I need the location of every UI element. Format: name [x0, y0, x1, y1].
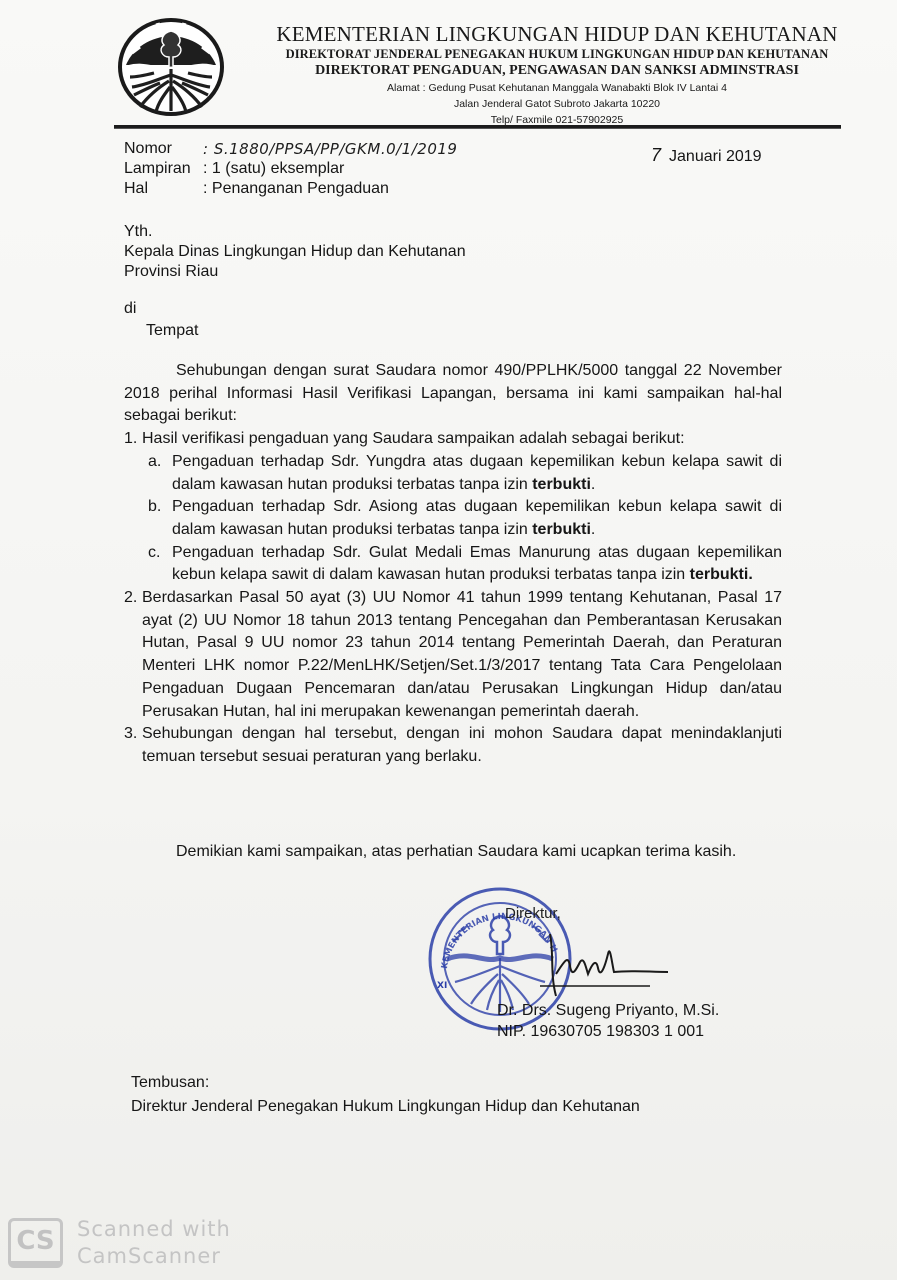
point-number: 3.: [124, 723, 137, 746]
point-item: 3. Sehubungan dengan hal tersebut, denga…: [124, 723, 782, 768]
sub-point-item: b.Pengaduan terhadap Sdr. Asiong atas du…: [148, 496, 782, 541]
sub-point-letter: c.: [148, 542, 160, 565]
closing-sentence: Demikian kami sampaikan, atas perhatian …: [176, 843, 736, 861]
di-label: di: [124, 298, 198, 320]
point-text: Berdasarkan Pasal 50 ayat (3) UU Nomor 4…: [142, 589, 782, 720]
signatory-title: Direktur,: [505, 905, 561, 922]
nomor-value: : S.1880/PPSA/PP/GKM.0/1/2019: [203, 139, 457, 159]
salutation: Yth.: [124, 222, 466, 242]
recipient-place: di Tempat: [124, 298, 198, 342]
letterhead-divider: [114, 125, 841, 129]
nomor-label: Nomor: [124, 139, 203, 159]
letter-meta: Nomor : S.1880/PPSA/PP/GKM.0/1/2019 Lamp…: [124, 139, 457, 199]
recipient-line-2: Provinsi Riau: [124, 262, 466, 282]
point-item: 1. Hasil verifikasi pengaduan yang Sauda…: [124, 428, 782, 587]
verdict: terbukti.: [690, 566, 753, 583]
tempat-label: Tempat: [124, 320, 198, 342]
date-day: 7: [651, 145, 661, 165]
carbon-copy: Tembusan: Direktur Jenderal Penegakan Hu…: [131, 1071, 640, 1119]
letter-date: 7Januari 2019: [651, 145, 762, 166]
point-number: 1.: [124, 428, 137, 451]
lampiran-label: Lampiran: [124, 159, 203, 179]
sub-point-text: Pengaduan terhadap Sdr. Asiong atas duga…: [172, 498, 782, 538]
recipient-line-1: Kepala Dinas Lingkungan Hidup dan Kehuta…: [124, 242, 466, 262]
svg-text:XI: XI: [437, 981, 447, 991]
directorate: DIREKTORAT PENGADUAN, PENGAWASAN DAN SAN…: [232, 62, 882, 80]
points-list: 1. Hasil verifikasi pengaduan yang Sauda…: [124, 428, 782, 769]
cc-recipient: Direktur Jenderal Penegakan Hukum Lingku…: [131, 1095, 640, 1119]
directorate-general: DIREKTORAT JENDERAL PENEGAKAN HUKUM LING…: [232, 46, 882, 62]
address-line-1: Alamat : Gedung Pusat Kehutanan Manggala…: [232, 80, 882, 96]
camscanner-watermark: CS Scanned with CamScanner: [8, 1216, 231, 1270]
point-item: 2. Berdasarkan Pasal 50 ayat (3) UU Nomo…: [124, 587, 782, 723]
sub-point-letter: a.: [148, 451, 161, 474]
watermark-line-1: Scanned with: [77, 1216, 231, 1243]
letter-body: Sehubungan dengan surat Saudara nomor 49…: [124, 360, 782, 769]
signature-block: KEMENTERIAN LINGKUNGAN HIDUP DAN KEHUTAN…: [425, 884, 765, 1044]
point-text: Sehubungan dengan hal tersebut, dengan i…: [142, 725, 782, 765]
address-line-2: Jalan Jenderal Gatot Subroto Jakarta 102…: [232, 96, 882, 112]
sub-point-end: .: [591, 476, 595, 493]
camscanner-text: Scanned with CamScanner: [77, 1216, 231, 1270]
sub-point-item: a.Pengaduan terhadap Sdr. Yungdra atas d…: [148, 451, 782, 496]
letter-page: KEMENTERIAN LINGKUNGAN HIDUP DAN KEHUTAN…: [0, 0, 897, 1280]
sub-points-list: a.Pengaduan terhadap Sdr. Yungdra atas d…: [148, 451, 782, 587]
hal-label: Hal: [124, 179, 203, 199]
date-month-year: Januari 2019: [669, 148, 762, 165]
point-number: 2.: [124, 587, 137, 610]
verdict: terbukti: [532, 521, 591, 538]
sub-point-item: c.Pengaduan terhadap Sdr. Gulat Medali E…: [148, 542, 782, 587]
ministry-tree-logo-icon: [116, 17, 226, 117]
watermark-line-2: CamScanner: [77, 1243, 231, 1270]
cc-label: Tembusan:: [131, 1071, 640, 1095]
signatory-name: Dr. Drs. Sugeng Priyanto, M.Si.: [497, 1002, 719, 1020]
sub-point-text: Pengaduan terhadap Sdr. Yungdra atas dug…: [172, 453, 782, 493]
verdict: terbukti: [532, 476, 591, 493]
sub-point-letter: b.: [148, 496, 161, 519]
sub-point-end: .: [591, 521, 595, 538]
point-text: Hasil verifikasi pengaduan yang Saudara …: [142, 430, 685, 447]
lampiran-value: : 1 (satu) eksemplar: [203, 159, 344, 179]
letterhead: KEMENTERIAN LINGKUNGAN HIDUP DAN KEHUTAN…: [232, 22, 882, 128]
ministry-name: KEMENTERIAN LINGKUNGAN HIDUP DAN KEHUTAN…: [232, 22, 882, 46]
handwritten-signature-icon: [540, 934, 670, 1004]
intro-paragraph: Sehubungan dengan surat Saudara nomor 49…: [124, 360, 782, 428]
camscanner-logo-icon: CS: [8, 1218, 63, 1268]
hal-value: : Penanganan Pengaduan: [203, 179, 389, 199]
signatory-nip: NIP. 19630705 198303 1 001: [497, 1023, 704, 1041]
recipient: Yth. Kepala Dinas Lingkungan Hidup dan K…: [124, 222, 466, 282]
